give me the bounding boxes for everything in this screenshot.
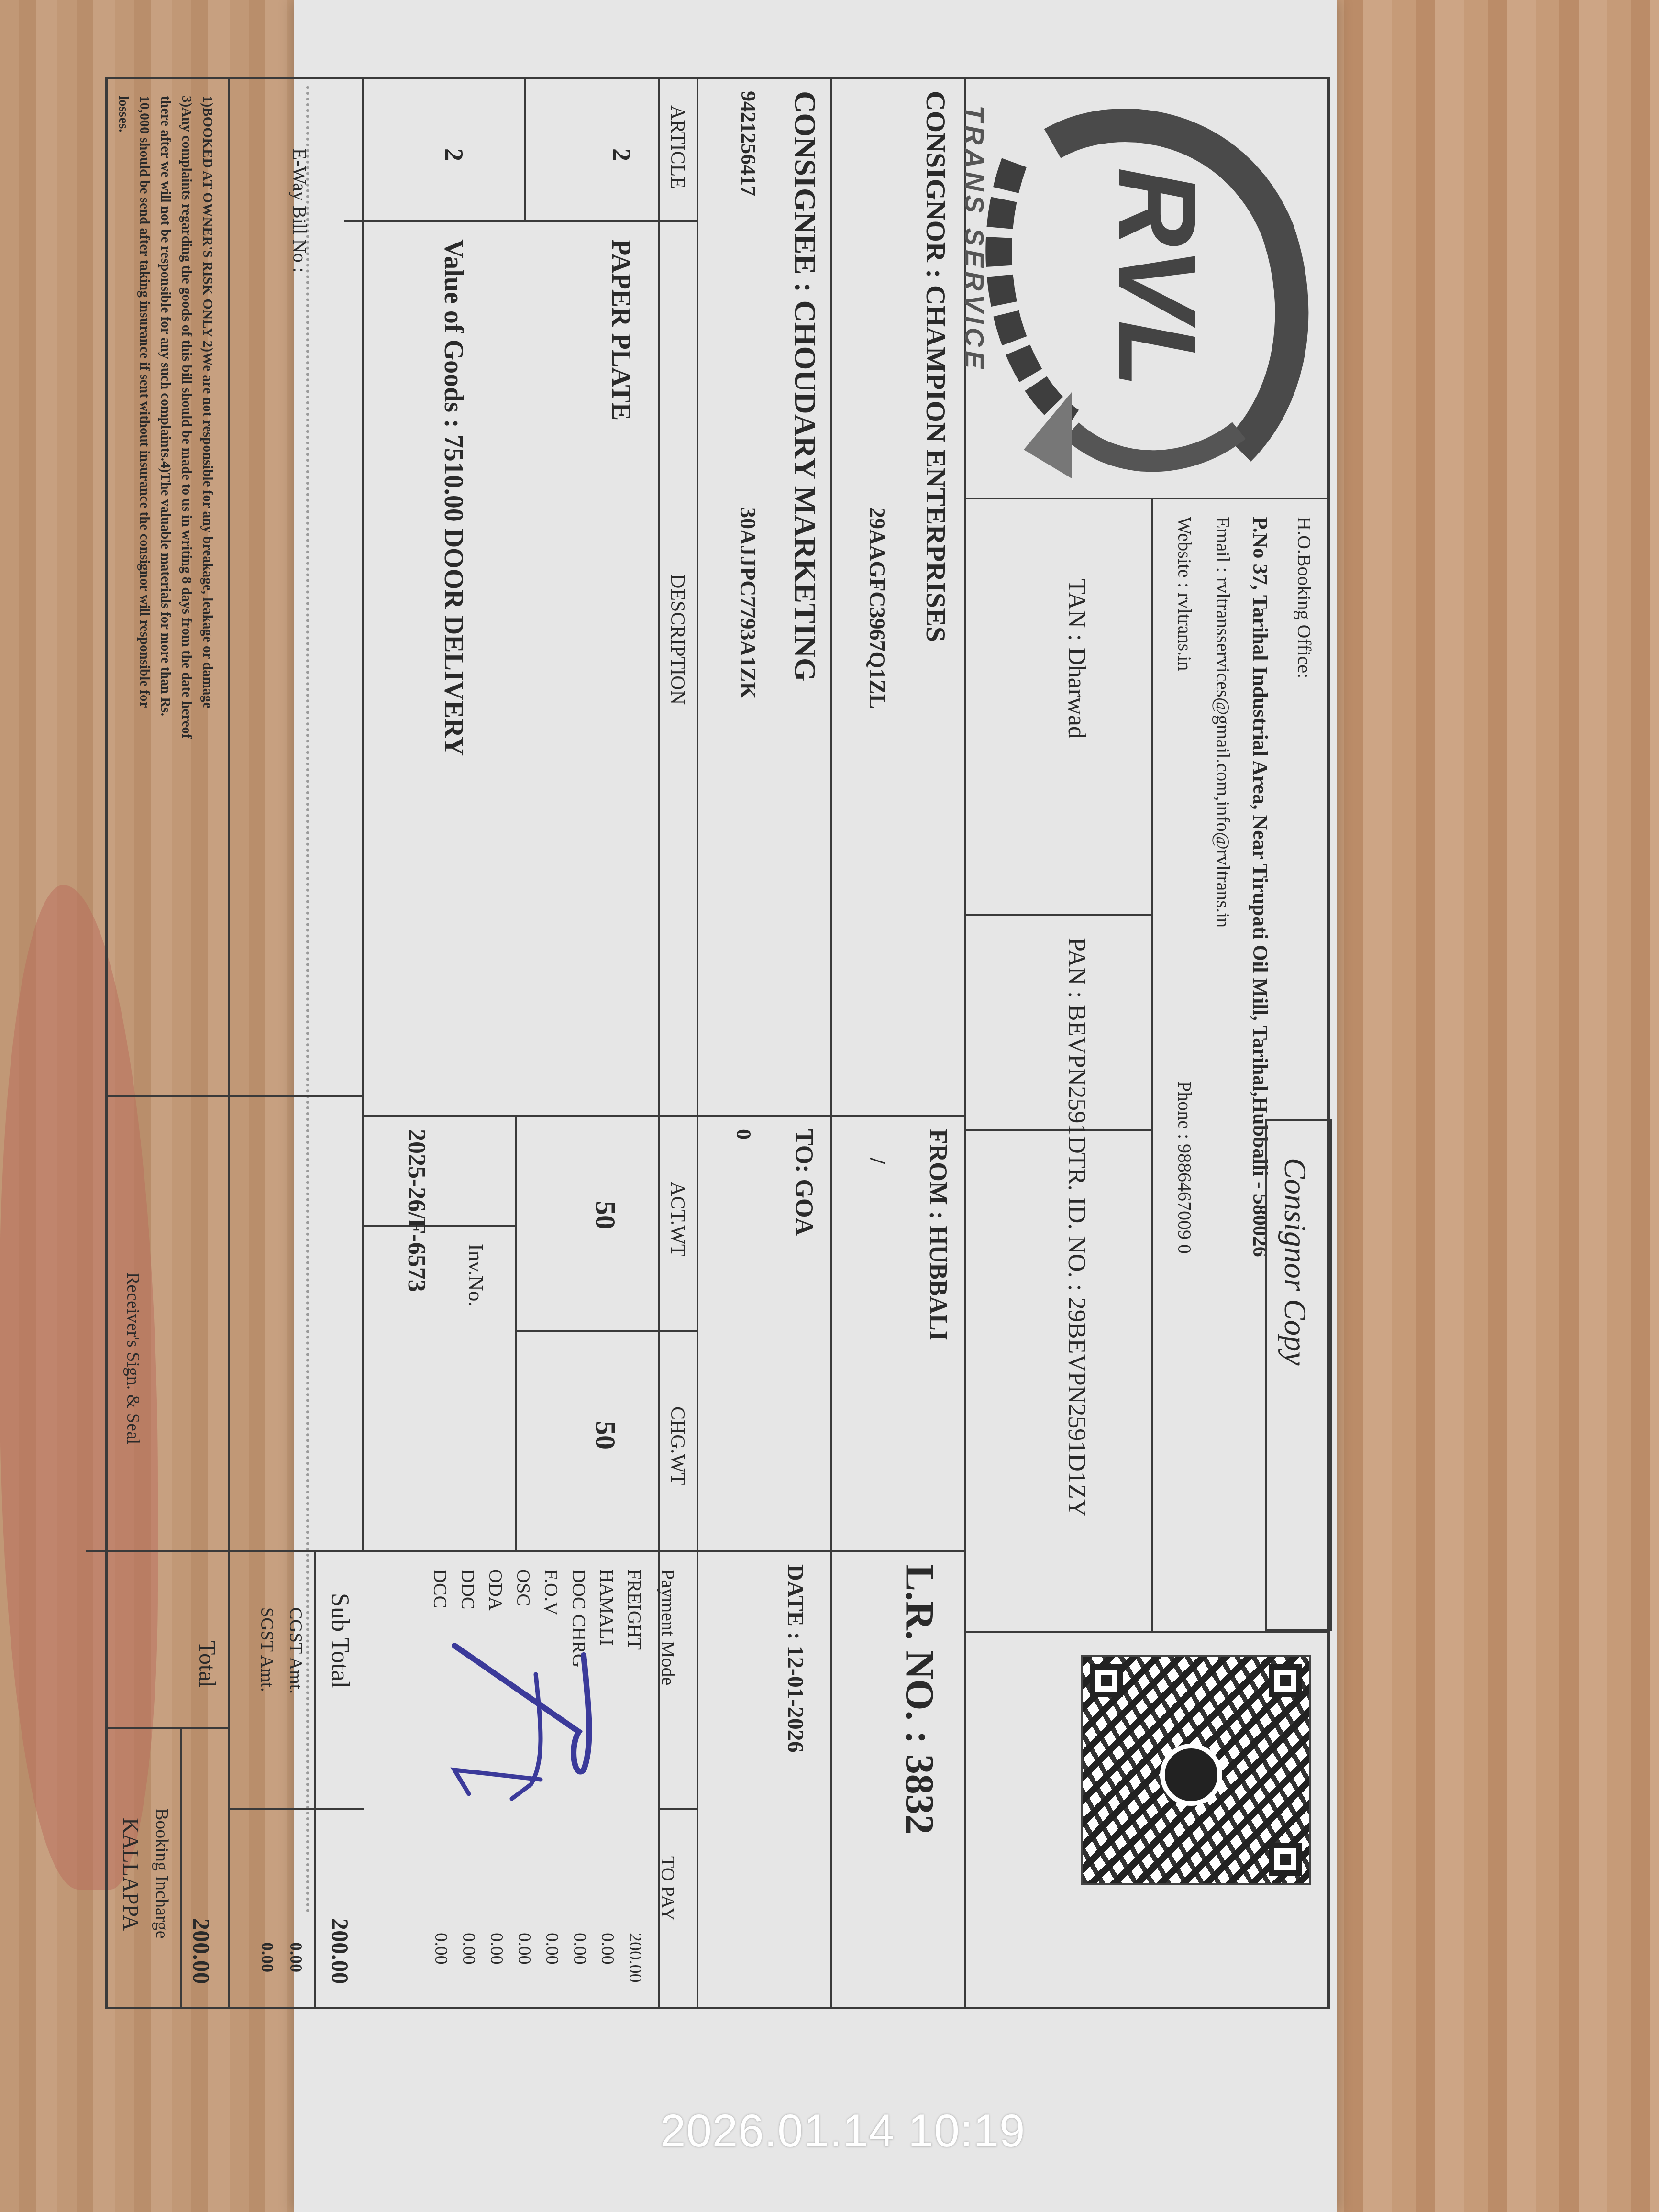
cgst-value: 0.00	[286, 1942, 306, 1972]
booking-incharge-name: KALLAPPA	[118, 1818, 144, 1931]
disclaimer-line: 10,000 should be send after taking insur…	[136, 96, 152, 708]
lorry-receipt-lower	[335, 77, 1330, 2009]
total-value: 200.00	[188, 1918, 215, 1984]
sgst-value: 0.00	[257, 1942, 277, 1972]
photo-timestamp: 2026.01.14 10:19	[660, 2105, 1025, 2157]
disclaimer-line: there after we will not be responsible f…	[157, 96, 173, 716]
disclaimer-line: 3)Any complaints regarding the goods of …	[178, 96, 194, 739]
wooden-table-right	[1320, 0, 1659, 2212]
cgst-label: CGST Amt.	[285, 1607, 306, 1694]
disclaimer-line: 1)BOOKED AT OWNER'S RISK ONLY 2)We are n…	[199, 96, 215, 708]
booking-incharge-label: Booking Incharge	[151, 1808, 172, 1939]
receiver-sign-label: Receiver's Sign. & Seal	[122, 1272, 144, 1444]
disclaimer-line: losses.	[115, 96, 131, 133]
total-label: Total	[194, 1641, 220, 1688]
sgst-label: SGST Amt.	[256, 1607, 277, 1692]
eway-bill-label: E-Way Bill No :	[288, 148, 311, 273]
